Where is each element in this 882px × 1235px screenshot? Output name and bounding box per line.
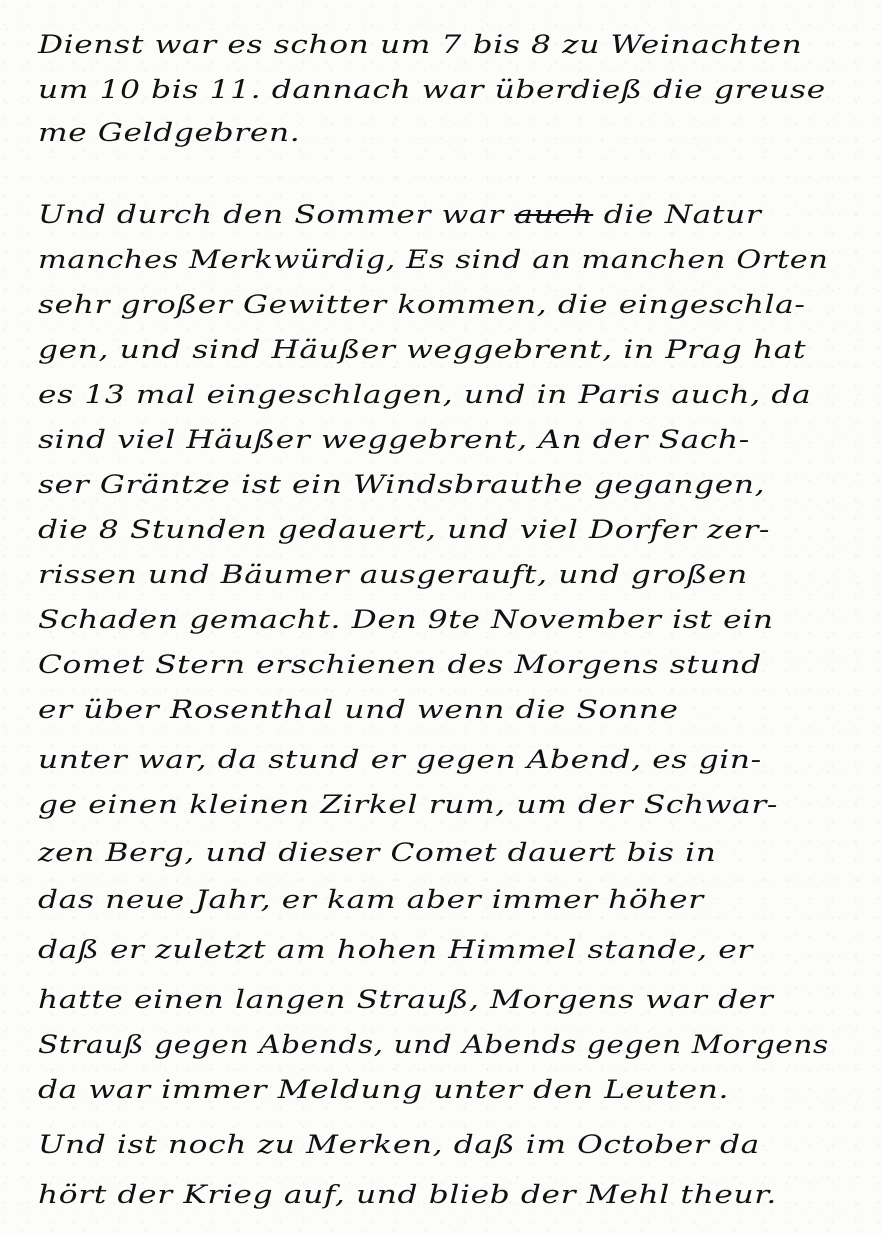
- manuscript-page: Dienst war es schon um 7 bis 8 zu Weinac…: [0, 0, 882, 1235]
- manuscript-line-3: me Geldgebren.: [38, 118, 300, 147]
- manuscript-line-10: ser Gräntze ist ein Windsbrauthe gegange…: [38, 470, 765, 499]
- struck-word: auch: [514, 200, 593, 229]
- manuscript-line-19: das neue Jahr, er kam aber immer höher: [38, 885, 704, 914]
- manuscript-line-16: unter war, da stund er gegen Abend, es g…: [38, 745, 762, 774]
- manuscript-line-9: sind viel Häußer weggebrent, An der Sach…: [38, 425, 750, 454]
- manuscript-line-17: ge einen kleinen Zirkel rum, um der Schw…: [38, 790, 778, 819]
- manuscript-line-1: Dienst war es schon um 7 bis 8 zu Weinac…: [38, 30, 802, 59]
- manuscript-line-7: gen, und sind Häußer weggebrent, in Prag…: [38, 335, 806, 364]
- manuscript-line-23: da war immer Meldung unter den Leuten.: [38, 1075, 729, 1104]
- manuscript-line-11: die 8 Stunden gedauert, und viel Dorfer …: [38, 515, 770, 544]
- manuscript-line-2: um 10 bis 11. dannach war überdieß die g…: [38, 75, 826, 104]
- manuscript-line-15: er über Rosenthal und wenn die Sonne: [38, 695, 679, 724]
- manuscript-line-13: Schaden gemacht. Den 9te November ist ei…: [38, 605, 774, 634]
- manuscript-line-14: Comet Stern erschienen des Morgens stund: [38, 650, 762, 679]
- manuscript-line-5: manches Merkwürdig, Es sind an manchen O…: [38, 245, 828, 274]
- manuscript-line-4: Und durch den Sommer war auch die Natur: [38, 200, 761, 229]
- manuscript-line-18: zen Berg, und dieser Comet dauert bis in: [38, 838, 716, 867]
- manuscript-line-24: Und ist noch zu Merken, daß im October d…: [38, 1130, 760, 1159]
- manuscript-line-8: es 13 mal eingeschlagen, und in Paris au…: [38, 380, 811, 409]
- manuscript-line-6: sehr großer Gewitter kommen, die eingesc…: [38, 290, 806, 319]
- manuscript-line-25: hört der Krieg auf, und blieb der Mehl t…: [38, 1180, 777, 1209]
- manuscript-line-20: daß er zuletzt am hohen Himmel stande, e…: [38, 935, 753, 964]
- manuscript-line-12: rissen und Bäumer ausgerauft, und großen: [38, 560, 748, 589]
- manuscript-line-21: hatte einen langen Strauß, Morgens war d…: [38, 985, 773, 1014]
- manuscript-line-22: Strauß gegen Abends, und Abends gegen Mo…: [38, 1030, 829, 1059]
